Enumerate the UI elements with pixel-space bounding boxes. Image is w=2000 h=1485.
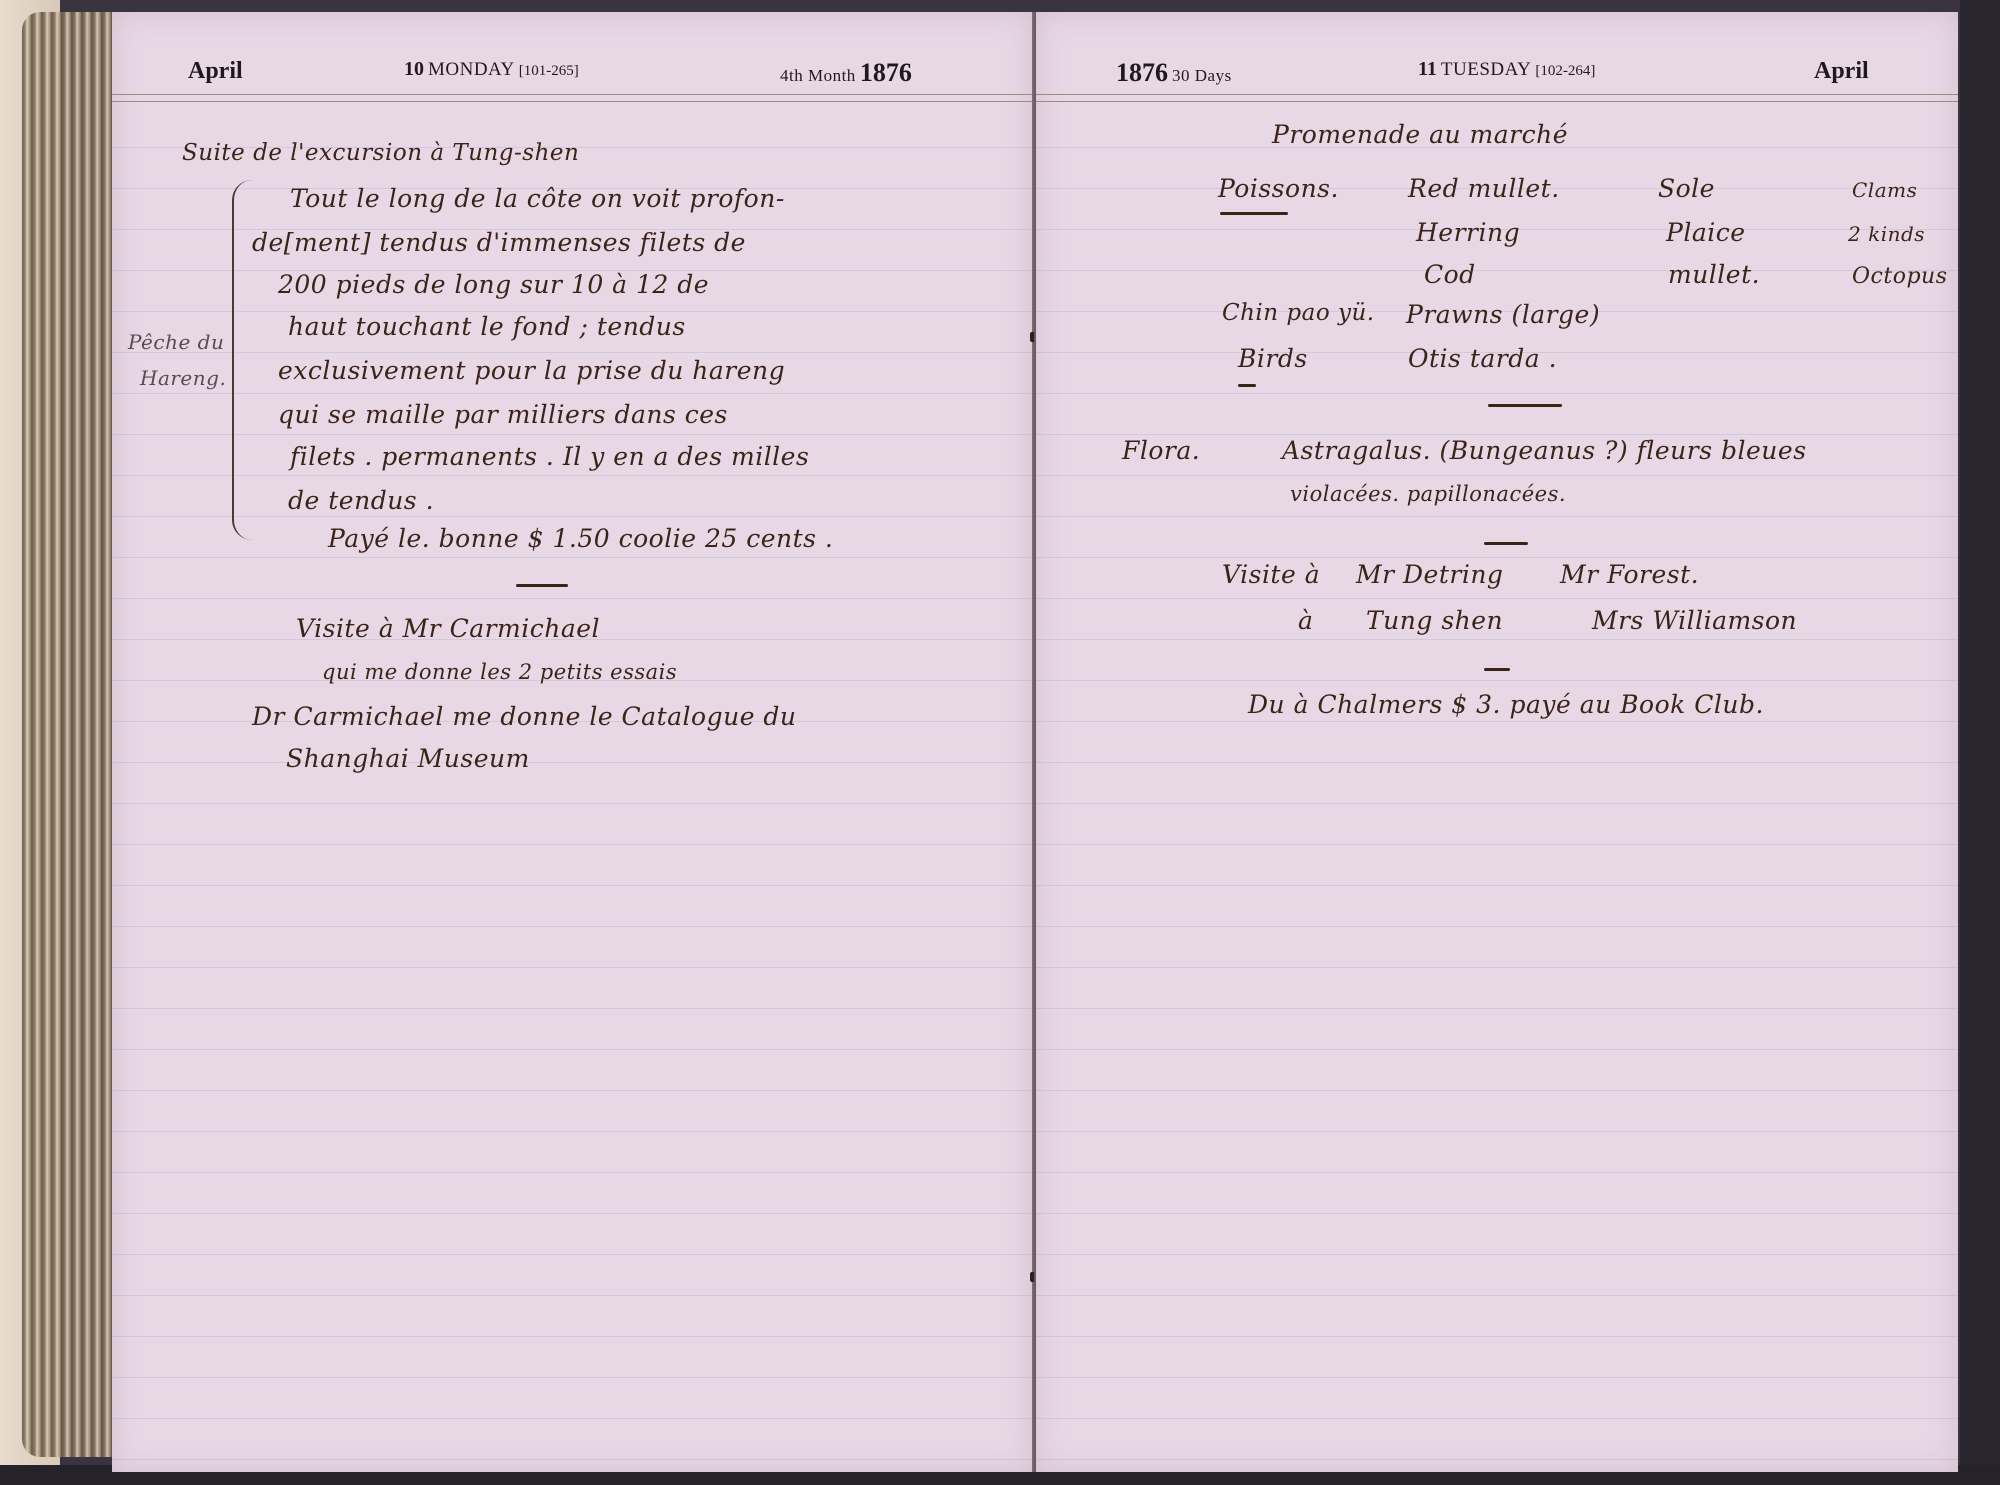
header-day-count: [101-265]: [519, 63, 579, 79]
fish-item: Herring: [1416, 218, 1520, 247]
header-month-year: 4th Month 1876: [780, 58, 912, 88]
entry-line: de[ment] tendus d'immenses filets de: [252, 228, 746, 257]
header-month-ordinal: 4th Month: [780, 66, 856, 85]
visit-prefix: à: [1298, 606, 1313, 635]
header-rule: [112, 94, 1032, 102]
fish-item: Clams: [1852, 178, 1917, 202]
visit-place: Tung shen: [1366, 606, 1503, 635]
visit-person: Mr Forest.: [1560, 560, 1699, 589]
chin-pao-value: Prawns (large): [1406, 300, 1600, 329]
label-underline: [1220, 212, 1288, 215]
visit-person: Mr Detring: [1356, 560, 1503, 589]
fish-item: mullet.: [1668, 260, 1760, 289]
entry-line: Dr Carmichael me donne le Catalogue du: [252, 702, 797, 731]
margin-note-line-1: Pêche du: [128, 330, 224, 354]
header-month-days: 30 Days: [1172, 66, 1232, 85]
diary-page-right: 1876 30 Days 11 TUESDAY [102-264] April …: [1034, 12, 1958, 1472]
birds-value: Otis tarda .: [1408, 344, 1557, 373]
diary-page-left: April 10 MONDAY [101-265] 4th Month 1876…: [112, 12, 1034, 1472]
header-year: 1876: [860, 58, 912, 87]
fish-item: Sole: [1658, 174, 1715, 203]
entry-line: filets . permanents . Il y en a des mill…: [290, 442, 809, 471]
section-divider: [1484, 542, 1528, 545]
header-date: 10 MONDAY [101-265]: [404, 58, 579, 81]
entry-line: Shanghai Museum: [286, 744, 530, 773]
header-weekday: TUESDAY: [1441, 59, 1531, 80]
header-year-days: 1876 30 Days: [1116, 58, 1232, 88]
fish-item: 2 kinds: [1848, 222, 1925, 246]
entry-line: Tout le long de la côte on voit profon-: [290, 184, 785, 213]
page-header-left: April 10 MONDAY [101-265] 4th Month 1876: [112, 42, 1032, 92]
entry-line: qui se maille par milliers dans ces: [278, 400, 728, 429]
flora-line-1: Astragalus. (Bungeanus ?) fleurs bleues: [1282, 436, 1807, 465]
fish-item: Cod: [1424, 260, 1476, 289]
entry-line: qui me donne les 2 petits essais: [322, 660, 677, 684]
entry-line: 200 pieds de long sur 10 à 12 de: [278, 270, 709, 299]
header-date: 11 TUESDAY [102-264]: [1418, 58, 1595, 81]
section-divider: [1484, 668, 1510, 671]
entry-line: Payé le. bonne $ 1.50 coolie 25 cents .: [328, 524, 833, 553]
label-underline: [1238, 384, 1256, 387]
header-year: 1876: [1116, 58, 1168, 87]
header-day-number: 10: [404, 58, 424, 80]
flora-line-2: violacées. papillonacées.: [1290, 482, 1566, 506]
header-weekday: MONDAY: [428, 59, 515, 80]
entry-line: exclusivement pour la prise du hareng: [278, 356, 785, 385]
section-divider: [1488, 404, 1562, 407]
entry-line: Visite à Mr Carmichael: [296, 614, 600, 643]
header-month: April: [188, 58, 243, 85]
visit-person: Mrs Williamson: [1592, 606, 1797, 635]
section-divider: [516, 584, 568, 587]
flora-label: Flora.: [1122, 436, 1200, 465]
margin-note-line-2: Hareng.: [140, 366, 226, 390]
payment-note: Du à Chalmers $ 3. payé au Book Club.: [1248, 690, 1764, 719]
chin-pao-label: Chin pao yü.: [1222, 300, 1375, 326]
poissons-label: Poissons.: [1218, 174, 1339, 203]
entry-line: Suite de l'excursion à Tung-shen: [182, 140, 579, 166]
header-day-count: [102-264]: [1535, 63, 1595, 79]
entry-line: de tendus .: [288, 486, 434, 515]
stacked-page-edges: [22, 12, 122, 1457]
entry-line: haut touchant le fond ; tendus: [288, 312, 686, 341]
header-rule: [1036, 94, 1958, 102]
page-header-right: 1876 30 Days 11 TUESDAY [102-264] April: [1036, 42, 1958, 92]
fish-item: Octopus: [1852, 264, 1948, 289]
birds-label: Birds: [1238, 344, 1308, 373]
header-day-number: 11: [1418, 58, 1437, 80]
fish-item: Red mullet.: [1408, 174, 1560, 203]
entry-title: Promenade au marché: [1272, 120, 1568, 149]
book-cover-edge: [1960, 0, 2000, 1485]
visit-prefix: Visite à: [1222, 560, 1320, 589]
fish-item: Plaice: [1666, 218, 1746, 247]
header-month: April: [1814, 58, 1869, 85]
